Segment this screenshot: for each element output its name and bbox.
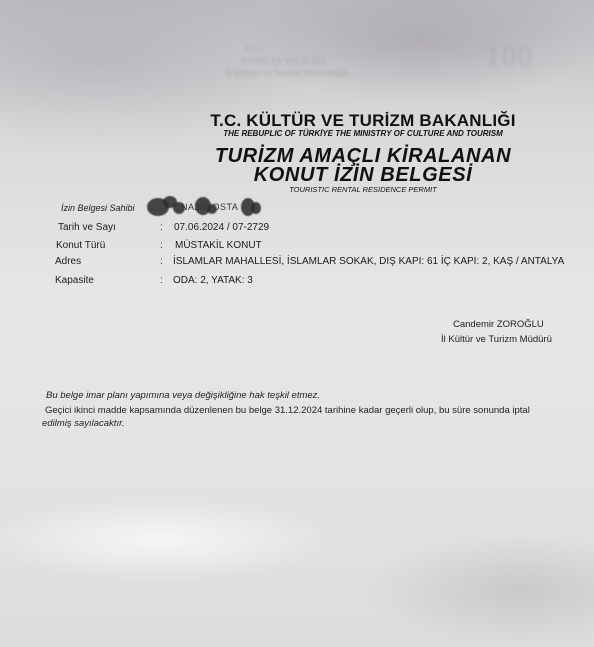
bleed-through-text: İl Kültür ve Turizm Müdürlüğü (226, 68, 348, 78)
field-value: İSLAMLAR MAHALLESİ, İSLAMLAR SOKAK, DIŞ … (173, 256, 564, 267)
field-label: Adres (55, 256, 81, 267)
permit-title-line2: KONUT İZİN BELGESİ (66, 164, 594, 187)
ministry-heading: T.C. KÜLTÜR VE TURİZM BAKANLIĞI (66, 111, 594, 131)
field-colon: : (160, 256, 163, 267)
redacted-owner-name: NAZİF OSTA (145, 196, 275, 218)
field-label: Kapasite (55, 275, 94, 286)
ministry-heading-en: THE REBUPLIC OF TÜRKİYE THE MINISTRY OF … (66, 129, 594, 138)
field-label: İzin Belgesi Sahibi (61, 203, 135, 213)
field-value: 07.06.2024 / 07-2729 (174, 222, 269, 233)
bleed-through-text: T.C. (245, 44, 261, 54)
field-colon: : (160, 222, 163, 233)
field-value: ODA: 2, YATAK: 3 (173, 275, 253, 286)
document-page: T.C. ANTALYA VALİLİĞİ İl Kültür ve Turiz… (0, 0, 594, 647)
bleed-through-text: ANTALYA VALİLİĞİ (240, 56, 325, 66)
field-value: MÜSTAKİL KONUT (175, 240, 262, 251)
signatory-title: İl Kültür ve Turizm Müdürü (441, 334, 552, 345)
field-label: Tarih ve Sayı (58, 222, 116, 233)
note-line-1: Bu belge imar planı yapımına veya değişi… (46, 390, 320, 401)
bleed-through-logo-icon: 100 (485, 38, 533, 75)
note-line-2: Geçici ikinci madde kapsamında düzenlene… (45, 405, 530, 416)
field-colon: : (160, 240, 163, 251)
signatory-name: Candemir ZOROĞLU (453, 319, 544, 330)
owner-name-fragment: NAZİF OSTA (181, 202, 238, 212)
note-line-3: edilmiş sayılacaktır. (42, 418, 125, 429)
field-colon: : (160, 275, 163, 286)
field-label: Konut Türü (56, 240, 105, 251)
permit-title-en: TOURISTIC RENTAL RESIDENCE PERMIT (66, 185, 594, 194)
